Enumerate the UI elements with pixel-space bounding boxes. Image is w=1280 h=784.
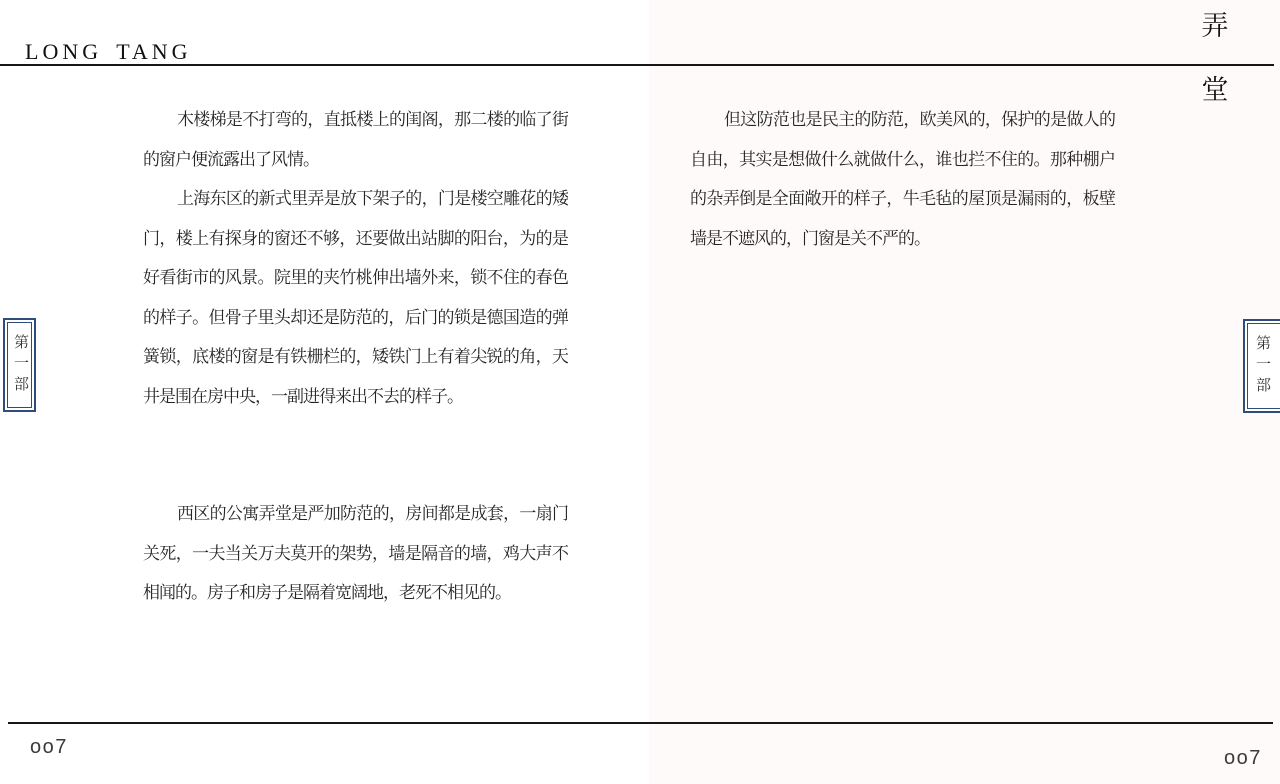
part-marker-left-inner-frame: 第一部 xyxy=(7,322,32,408)
page-number-left: oo7 xyxy=(30,737,68,757)
text-line: 墙是不遮风的，门窗是关不严的。 xyxy=(690,219,1115,259)
chapter-title-char-1: 弄 xyxy=(1199,13,1231,40)
text-line: 门，楼上有探身的窗还不够，还要做出站脚的阳台，为的是 xyxy=(143,219,568,259)
text-line: 关死，一夫当关万夫莫开的架势，墙是隔音的墙，鸡大声不 xyxy=(143,534,568,574)
left-paragraph-2: 上海东区的新式里弄是放下架子的，门是楼空雕花的矮铁 门，楼上有探身的窗还不够，还… xyxy=(143,179,568,416)
part-marker-left-label: 第一部 xyxy=(12,334,27,397)
right-page-text-column: 但这防范也是民主的防范，欧美风的，保护的是做人的 自由，其实是想做什么就做什么，… xyxy=(690,100,1115,258)
text-line: 但这防范也是民主的防范，欧美风的，保护的是做人的 xyxy=(690,100,1115,140)
running-head-latin-title: LONG TANG xyxy=(25,41,192,63)
chapter-title-char-2: 堂 xyxy=(1199,77,1231,104)
text-line: 簧锁，底楼的窗是有铁栅栏的，矮铁门上有着尖锐的角，天 xyxy=(143,337,568,377)
text-line: 木楼梯是不打弯的，直抵楼上的闺阁，那二楼的临了街 xyxy=(143,100,568,140)
left-paragraph-1: 木楼梯是不打弯的，直抵楼上的闺阁，那二楼的临了街 的窗户便流露出了风情。 xyxy=(143,100,568,179)
left-paragraph-3: 西区的公寓弄堂是严加防范的，房间都是成套，一扇门 关死，一夫当关万夫莫开的架势，… xyxy=(143,494,568,613)
part-marker-right: 第一部 xyxy=(1243,319,1280,413)
text-line: 井是围在房中央，一副进得来出不去的样子。 xyxy=(143,377,568,417)
text-line: 的窗户便流露出了风情。 xyxy=(143,140,568,180)
right-paragraph-1: 但这防范也是民主的防范，欧美风的，保护的是做人的 自由，其实是想做什么就做什么，… xyxy=(690,100,1115,258)
part-marker-left: 第一部 xyxy=(3,318,36,412)
text-line: 相闻的。房子和房子是隔着宽阔地，老死不相见的。 xyxy=(143,573,568,613)
text-line: 西区的公寓弄堂是严加防范的，房间都是成套，一扇门 xyxy=(143,494,568,534)
left-page-text-column: 木楼梯是不打弯的，直抵楼上的闺阁，那二楼的临了街 的窗户便流露出了风情。 上海东… xyxy=(143,100,568,613)
part-marker-right-label: 第一部 xyxy=(1254,335,1269,398)
text-line: 的杂弄倒是全面敞开的样子，牛毛毡的屋顶是漏雨的，板壁 xyxy=(690,179,1115,219)
text-line: 自由，其实是想做什么就做什么，谁也拦不住的。那种棚户 xyxy=(690,140,1115,180)
text-line: 上海东区的新式里弄是放下架子的，门是楼空雕花的矮铁 xyxy=(143,179,568,219)
page-number-right: oo7 xyxy=(1224,748,1262,768)
text-line: 的样子。但骨子里头却还是防范的，后门的锁是德国造的弹 xyxy=(143,298,568,338)
bottom-rule xyxy=(8,722,1273,724)
top-rule xyxy=(0,64,1274,66)
part-marker-right-inner-frame: 第一部 xyxy=(1247,323,1280,409)
text-line: 好看街市的风景。院里的夹竹桃伸出墙外来，锁不住的春色 xyxy=(143,258,568,298)
book-spread: LONG TANG 弄 堂 第一部 第一部 木楼梯是不打弯的，直抵楼上的闺阁，那… xyxy=(0,0,1280,784)
